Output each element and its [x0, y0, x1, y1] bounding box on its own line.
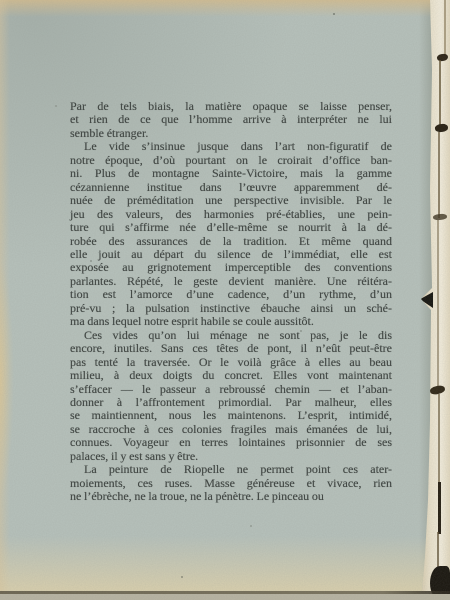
page-edge-crevice — [439, 60, 441, 130]
text-line: notre époque, d’où pourtant on le croira… — [70, 154, 392, 167]
text-line: robée des assurances de la tradition. Et… — [70, 235, 392, 248]
page-edge-crevice — [438, 132, 440, 218]
text-line: tion est l’amorce d’une cadence, d’un ry… — [70, 288, 392, 301]
text-line: s’effacer — le passeur a rebroussé chemi… — [70, 383, 392, 396]
paragraph: La peinture de Riopelle ne permet point … — [70, 463, 392, 503]
page-edge-crevice — [438, 394, 440, 482]
text-line: pré-vu ; la pulsation instinctive ébauch… — [70, 302, 392, 315]
book-page: Par de tels biais, la matière opaque se … — [0, 0, 434, 600]
text-line: Ces vides qu’on lui ménage ne sont pas, … — [70, 329, 392, 342]
text-line: Par de tels biais, la matière opaque se … — [70, 100, 392, 113]
paragraph: Par de tels biais, la matière opaque se … — [70, 100, 392, 140]
text-line: ma dans lequel notre esprit habile se co… — [70, 315, 392, 328]
scan-bottom-strip — [0, 594, 450, 600]
page-edge-crevice — [444, 0, 446, 60]
page-text-block: Par de tels biais, la matière opaque se … — [70, 100, 392, 504]
text-line: donner à l’affrontement primordial. Par … — [70, 396, 392, 409]
text-line: elle jouit au départ du silence de l’imm… — [70, 248, 392, 261]
text-line: cézannienne institue dans l’œuvre appare… — [70, 181, 392, 194]
text-line: jeu des valeurs, des harmonies pré-établ… — [70, 208, 392, 221]
text-line: se maintiennent, nous les maintenons. L’… — [70, 409, 392, 422]
paper-specks — [333, 13, 335, 15]
text-line: ture qui s’affirme née d’elle-même se no… — [70, 221, 392, 234]
text-line: milieu, à deux doigts du concret. Elles … — [70, 369, 392, 382]
text-line: ne l’ébrèche, ne la troue, ne la pénètre… — [70, 490, 392, 503]
text-line: exposée au grignotement imperceptible de… — [70, 261, 392, 274]
text-line: parlantes. Répété, le geste devient mani… — [70, 275, 392, 288]
text-line: moiements, ces ruses. Masse généreuse et… — [70, 477, 392, 490]
text-line: se raccroche à ces colonies fragiles mai… — [70, 423, 392, 436]
text-line: ni. Plus de montagne Sainte-Victoire, ma… — [70, 167, 392, 180]
scanned-book-page: Par de tels biais, la matière opaque se … — [0, 0, 450, 600]
text-line: palaces, il y est sans y être. — [70, 450, 392, 463]
text-line: La peinture de Riopelle ne permet point … — [70, 463, 392, 476]
text-line: Le vide s’insinue jusque dans l’art non-… — [70, 140, 392, 153]
text-line: pas tenté la traversée. Or le voilà grâc… — [70, 356, 392, 369]
text-line: encore, inutiles. Sans ces têtes de pont… — [70, 342, 392, 355]
text-line: connues. Voyageur en terres lointaines p… — [70, 436, 392, 449]
text-line: nuée de préméditation une perspective in… — [70, 194, 392, 207]
page-edge-crevice — [437, 220, 439, 388]
page-edge-crevice — [438, 482, 441, 534]
text-line: et rien de ce que l’homme arrive à inter… — [70, 113, 392, 126]
paragraph: Le vide s’insinue jusque dans l’art non-… — [70, 140, 392, 328]
text-line: semble étranger. — [70, 127, 392, 140]
paragraph: Ces vides qu’on lui ménage ne sont pas, … — [70, 329, 392, 464]
page-edge-crevice — [437, 532, 439, 570]
